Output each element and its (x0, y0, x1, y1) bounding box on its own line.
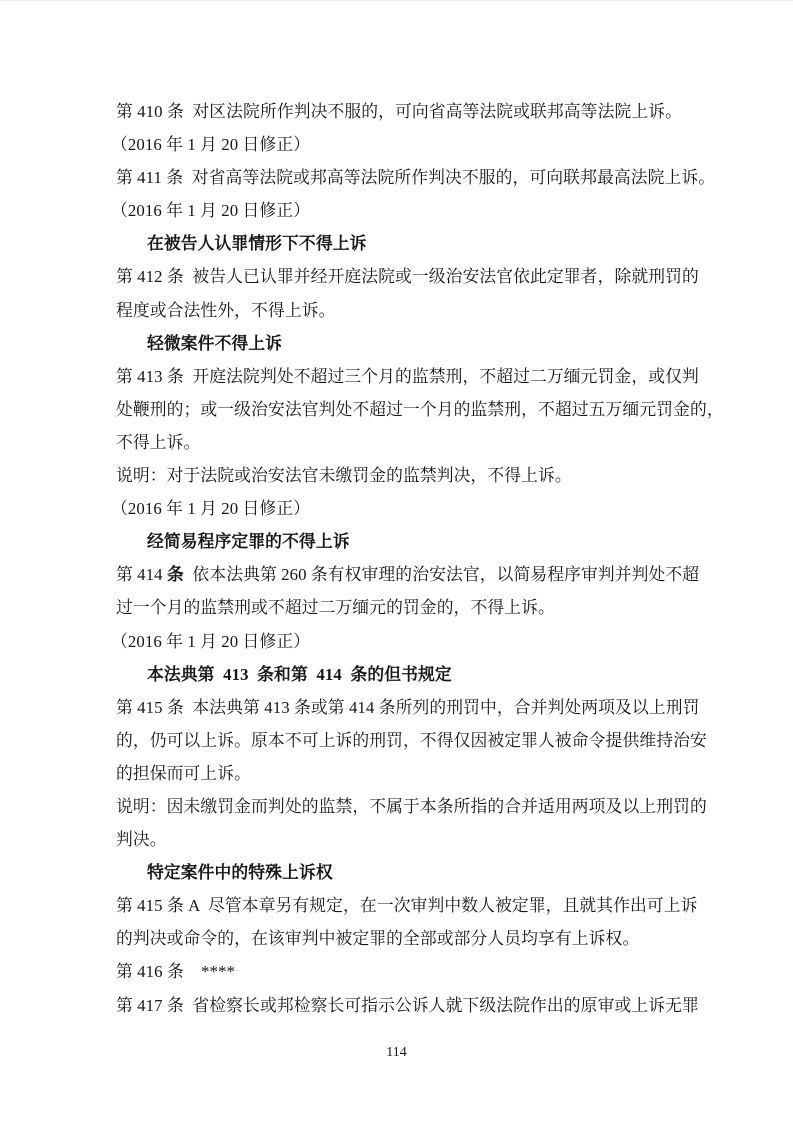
section-heading: 轻微案件不得上诉 (116, 327, 676, 360)
section-heading: 本法典第 413 条和第 414 条的但书规定 (116, 658, 676, 691)
text-line: 过一个月的监禁刑或不超过二万缅元的罚金的，不得上诉。 (116, 591, 676, 624)
text-line: （2016 年 1 月 20 日修正） (111, 128, 676, 161)
section-heading: 特定案件中的特殊上诉权 (116, 856, 676, 889)
text-line: 第 414 条 依本法典第 260 条有权审理的治安法官，以简易程序审判并判处不… (116, 558, 676, 591)
page-number: 114 (0, 1044, 793, 1062)
text-line: 第 417 条 省检察长或邦检察长可指示公诉人就下级法院作出的原审或上诉无罪 (116, 989, 676, 1022)
text-line: 第 415 条 本法典第 413 条或第 414 条所列的刑罚中，合并判处两项及… (116, 691, 676, 724)
text-line: 程度或合法性外，不得上诉。 (116, 294, 676, 327)
section-heading: 经简易程序定罪的不得上诉 (116, 525, 676, 558)
text-fragment: 第 414 (116, 565, 167, 584)
text-line: （2016 年 1 月 20 日修正） (111, 625, 676, 658)
text-line: 的判决或命令的，在该审判中被定罪的全部或部分人员均享有上诉权。 (116, 922, 676, 955)
text-line: 第 415 条 A 尽管本章另有规定，在一次审判中数人被定罪，且就其作出可上诉 (116, 889, 676, 922)
document-body: 第 410 条 对区法院所作判决不服的，可向省高等法院或联邦高等法院上诉。（20… (116, 95, 676, 1022)
text-line: 说明：因未缴罚金而判处的监禁，不属于本条所指的合并适用两项及以上刑罚的 (116, 790, 676, 823)
text-line: 第 410 条 对区法院所作判决不服的，可向省高等法院或联邦高等法院上诉。 (116, 95, 676, 128)
text-line: 的担保而可上诉。 (116, 757, 676, 790)
text-line: 第 412 条 被告人已认罪并经开庭法院或一级治安法官依此定罪者，除就刑罚的 (116, 260, 676, 293)
text-line: （2016 年 1 月 20 日修正） (111, 194, 676, 227)
text-line: 不得上诉。 (116, 426, 676, 459)
text-line: 第 413 条 开庭法院判处不超过三个月的监禁刑，不超过二万缅元罚金，或仅判 (116, 360, 676, 393)
document-page: 第 410 条 对区法院所作判决不服的，可向省高等法院或联邦高等法院上诉。（20… (0, 0, 793, 1122)
text-line: 的，仍可以上诉。原本不可上诉的刑罚，不得仅因被定罪人被命令提供维持治安 (116, 724, 676, 757)
text-line: 第 411 条 对省高等法院或邦高等法院所作判决不服的，可向联邦最高法院上诉。 (116, 161, 676, 194)
bold-text-fragment: 条 (167, 565, 184, 584)
text-line: 处鞭刑的；或一级治安法官判处不超过一个月的监禁刑，不超过五万缅元罚金的， (116, 393, 676, 426)
text-line: 判决。 (116, 823, 676, 856)
text-line: 说明：对于法院或治安法官未缴罚金的监禁判决，不得上诉。 (116, 459, 676, 492)
text-line: （2016 年 1 月 20 日修正） (111, 492, 676, 525)
section-heading: 在被告人认罪情形下不得上诉 (116, 227, 676, 260)
text-fragment: 依本法典第 260 条有权审理的治安法官，以简易程序审判并判处不超 (184, 565, 699, 584)
text-line: 第 416 条 **** (116, 955, 676, 988)
